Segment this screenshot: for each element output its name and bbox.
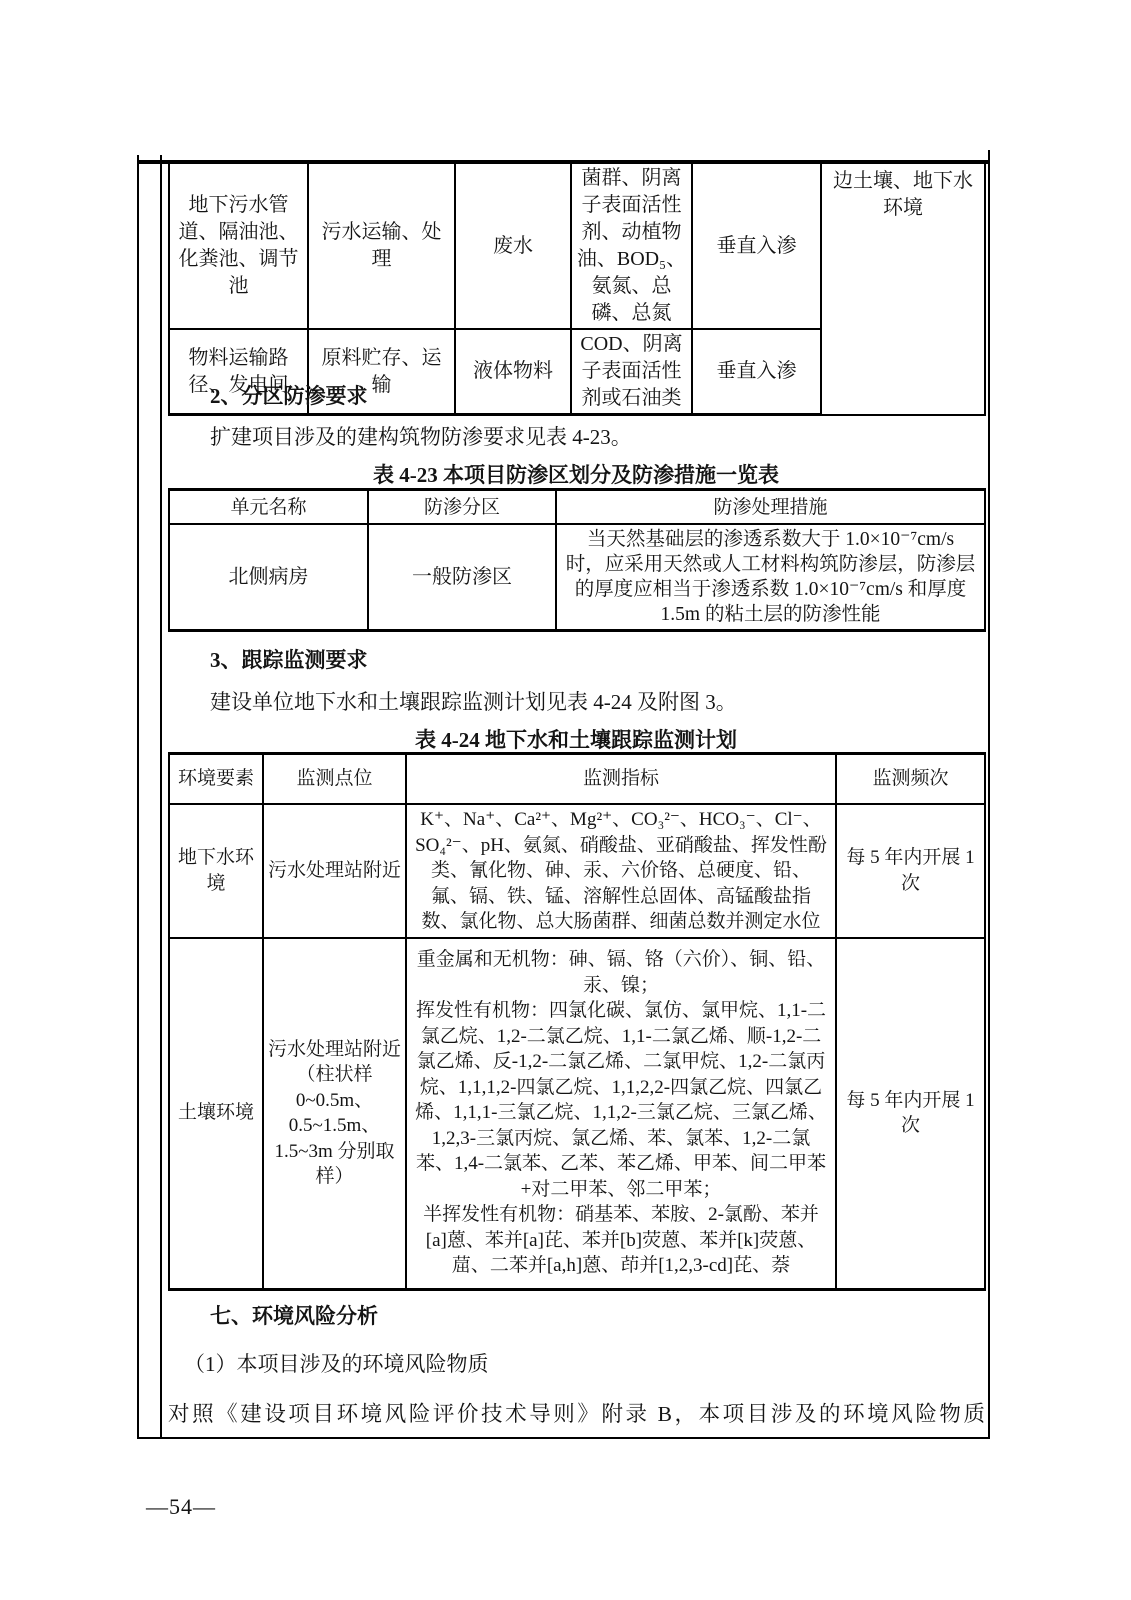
table-cell-element: 地下水环境 [169,804,263,938]
indicator-paragraph-voc: 挥发性有机物：四氯化碳、氯仿、氯甲烷、1,1-二氯乙烷、1,2-二氯乙烷、1,1… [413,998,829,1202]
document-page: 地下污水管道、隔油池、化粪池、调节池 污水运输、处理 废水 菌群、阴离子表面活性… [0,0,1131,1600]
table-row: 地下污水管道、隔油池、化粪池、调节池 污水运输、处理 废水 菌群、阴离子表面活性… [169,164,985,329]
table-cell-pathway: 垂直入渗 [692,164,821,329]
table-4-23: 单元名称 防渗分区 防渗处理措施 北侧病房 一般防渗区 当天然基础层的渗透系数大… [168,488,986,632]
table-row: 北侧病房 一般防渗区 当天然基础层的渗透系数大于 1.0×10⁻⁷cm/s 时，… [169,524,985,631]
table-cell-location: 污水处理站附近 [263,804,406,938]
section3-paragraph: 建设单位地下水和土壤跟踪监测计划见表 4-24 及附图 3。 [168,686,984,716]
table-4-24-title: 表 4-24 地下水和土壤跟踪监测计划 [168,724,984,754]
indicator-paragraph-metals: 重金属和无机物：砷、镉、铬（六价）、铜、铅、汞、镍； [413,947,829,998]
table-cell-pathway: 垂直入渗 [692,329,821,415]
table-cell-frequency: 每 5 年内开展 1 次 [836,804,985,938]
table-header-row: 单元名称 防渗分区 防渗处理措施 [169,490,985,525]
table-header-row: 环境要素 监测点位 监测指标 监测频次 [169,754,985,805]
table-row-groundwater: 地下水环境 污水处理站附近 K⁺、Na⁺、Ca²⁺、Mg²⁺、CO₃²⁻、HCO… [169,804,985,938]
table-cell-frequency: 每 5 年内开展 1 次 [836,938,985,1290]
table-cell-material: 废水 [455,164,571,329]
table-cell-receptor: 边土壤、地下水环境 [821,164,985,415]
table-cell-location: 污水处理站附近（柱状样 0~0.5m、0.5~1.5m、1.5~3m 分别取样） [263,938,406,1290]
table-cell-unit: 北侧病房 [169,524,368,631]
table-cell-indicators: K⁺、Na⁺、Ca²⁺、Mg²⁺、CO₃²⁻、HCO₃⁻、Cl⁻、SO₄²⁻、p… [406,804,836,938]
table-4-24: 环境要素 监测点位 监测指标 监测频次 地下水环境 污水处理站附近 K⁺、Na⁺… [168,752,986,1291]
table-cell-indicators: 重金属和无机物：砷、镉、铬（六价）、铜、铅、汞、镍； 挥发性有机物：四氯化碳、氯… [406,938,836,1290]
column-header-unit: 单元名称 [169,490,368,525]
seepage-pathway-table: 地下污水管道、隔油池、化粪池、调节池 污水运输、处理 废水 菌群、阴离子表面活性… [168,164,986,416]
frame-left-border [137,155,139,1439]
table-cell-factors: 菌群、阴离子表面活性剂、动植物油、BOD₅、氨氮、总磷、总氮 [571,164,692,329]
table-4-23-title: 表 4-23 本项目防渗区划分及防渗措施一览表 [168,459,984,489]
indicator-paragraph: K⁺、Na⁺、Ca²⁺、Mg²⁺、CO₃²⁻、HCO₃⁻、Cl⁻、SO₄²⁻、p… [413,807,829,935]
column-header-location: 监测点位 [263,754,406,805]
table-cell-activity: 污水运输、处理 [308,164,455,329]
frame-right-border [988,150,990,1439]
section2-heading: 2、分区防渗要求 [210,380,368,410]
section7-item1: （1）本项目涉及的环境风险物质 [184,1348,489,1378]
frame-gutter-border [160,155,162,1439]
section2-paragraph: 扩建项目涉及的建构筑物防渗要求见表 4-23。 [168,421,984,451]
section7-paragraph: 对照《建设项目环境风险评价技术导则》附录 B，本项目涉及的环境风险物质 [168,1397,985,1428]
table-cell-measure: 当天然基础层的渗透系数大于 1.0×10⁻⁷cm/s 时，应采用天然或人工材料构… [556,524,985,631]
table-cell-unit: 地下污水管道、隔油池、化粪池、调节池 [169,164,308,329]
table-row-soil: 土壤环境 污水处理站附近（柱状样 0~0.5m、0.5~1.5m、1.5~3m … [169,938,985,1290]
table-cell-element: 土壤环境 [169,938,263,1290]
column-header-indicators: 监测指标 [406,754,836,805]
frame-bottom-border [137,1437,990,1439]
column-header-element: 环境要素 [169,754,263,805]
column-header-measure: 防渗处理措施 [556,490,985,525]
section7-heading: 七、环境风险分析 [210,1300,378,1330]
table-cell-factors: COD、阴离子表面活性剂或石油类 [571,329,692,415]
indicator-paragraph-svoc: 半挥发性有机物：硝基苯、苯胺、2-氯酚、苯并[a]蒽、苯并[a]芘、苯并[b]荧… [413,1202,829,1279]
column-header-zone: 防渗分区 [368,490,556,525]
column-header-frequency: 监测频次 [836,754,985,805]
table-cell-zone: 一般防渗区 [368,524,556,631]
page-number: —54— [146,1494,216,1520]
table-cell-material: 液体物料 [455,329,571,415]
section3-heading: 3、跟踪监测要求 [210,644,368,674]
